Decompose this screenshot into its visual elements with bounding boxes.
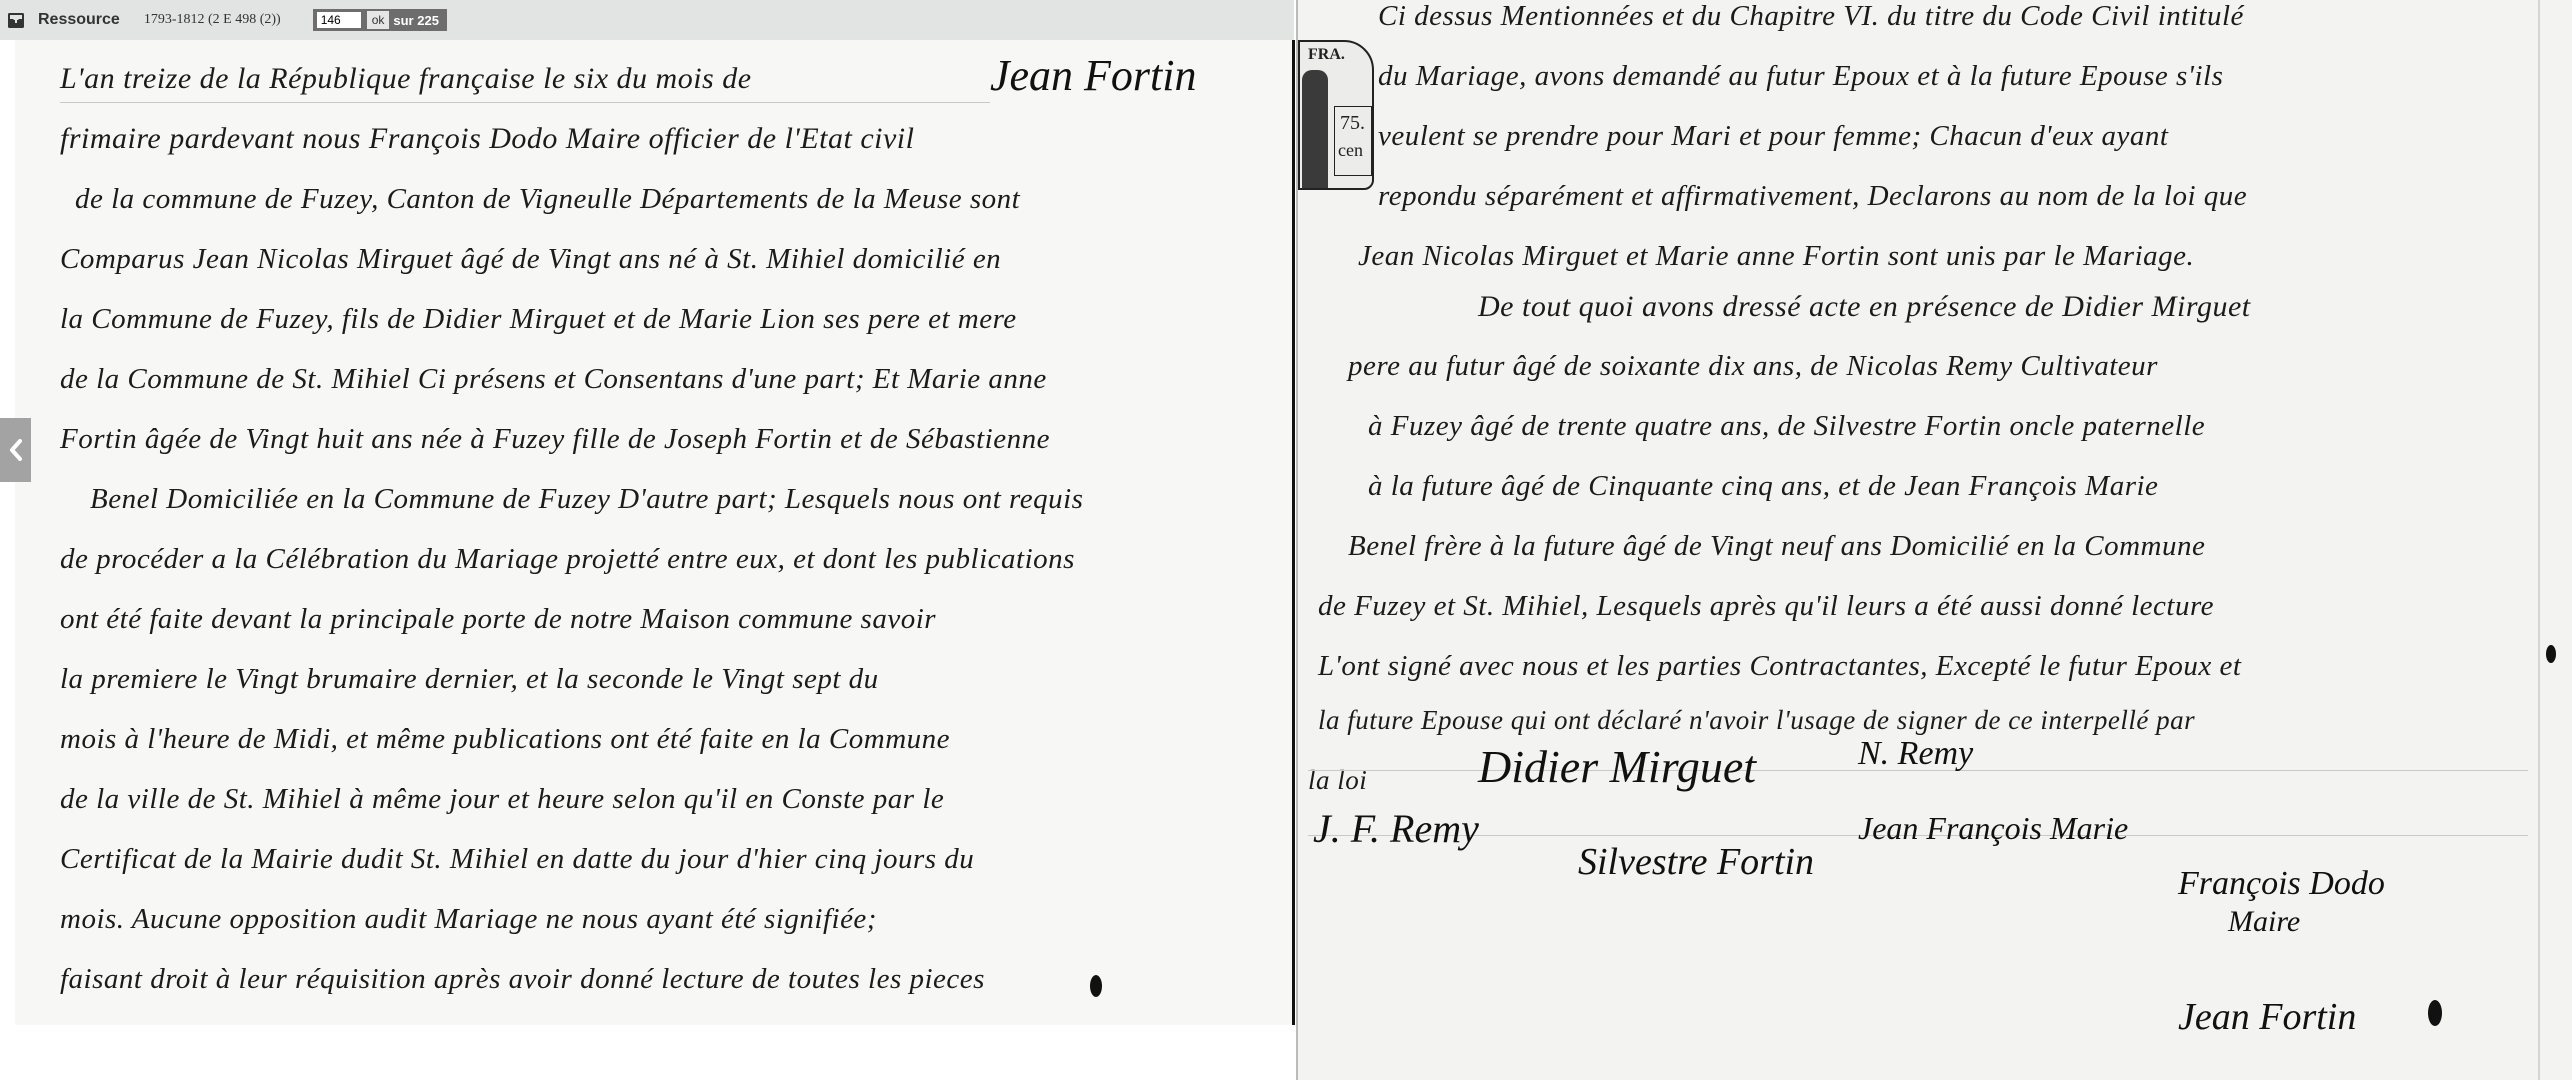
manuscript-line: De tout quoi avons dressé acte en présen… — [1478, 290, 2251, 324]
page-number-input[interactable] — [317, 12, 361, 28]
page-navigator: ok sur 225 — [313, 9, 447, 31]
chevron-left-icon — [9, 439, 23, 461]
manuscript-line: faisant droit à leur réquisition après a… — [60, 963, 985, 996]
margin-signature: Jean Fortin — [990, 50, 1197, 101]
resource-label: Ressource — [38, 11, 120, 29]
signature: Silvestre Fortin — [1578, 840, 1814, 884]
stamp-value: 75. — [1340, 112, 1365, 135]
manuscript-line: Benel Domiciliée en la Commune de Fuzey … — [90, 483, 1083, 516]
manuscript-line: pere au futur âgé de soixante dix ans, d… — [1348, 350, 2158, 383]
manuscript-line: la Commune de Fuzey, fils de Didier Mirg… — [60, 303, 1017, 336]
manuscript-line: du Mariage, avons demandé au futur Epoux… — [1378, 60, 2223, 93]
manuscript-line: repondu séparément et affirmativement, D… — [1378, 180, 2247, 213]
signature: J. F. Remy — [1313, 805, 1479, 852]
signature: Jean François Marie — [1858, 810, 2128, 847]
ink-blot — [1090, 975, 1102, 997]
tax-stamp: FRA. 75. cen — [1298, 40, 1374, 190]
signature: Didier Mirguet — [1478, 740, 1756, 793]
manuscript-line: à la future âgé de Cinquante cinq ans, e… — [1368, 470, 2158, 503]
signature: François Dodo — [2178, 865, 2385, 903]
manuscript-line: Fortin âgée de Vingt huit ans née à Fuze… — [60, 423, 1050, 456]
manuscript-line: frimaire pardevant nous François Dodo Ma… — [60, 122, 914, 156]
stamp-unit: cen — [1338, 140, 1363, 161]
manuscript-line: de la ville de St. Mihiel à même jour et… — [60, 783, 944, 816]
manuscript-line: L'an treize de la République française l… — [60, 62, 752, 96]
manuscript-line: de procéder a la Célébration du Mariage … — [60, 543, 1075, 576]
manuscript-line: mois. Aucune opposition audit Mariage ne… — [60, 903, 877, 936]
previous-page-button[interactable] — [0, 418, 31, 482]
manuscript-line: de Fuzey et St. Mihiel, Lesquels après q… — [1318, 590, 2214, 623]
ink-blot — [2428, 1000, 2442, 1026]
stamp-figure — [1302, 70, 1328, 188]
manuscript-line: Comparus Jean Nicolas Mirguet âgé de Vin… — [60, 243, 1001, 276]
archive-box-icon — [6, 10, 26, 30]
resource-title: 1793-1812 (2 E 498 (2)) — [144, 12, 281, 28]
signature: N. Remy — [1858, 735, 1973, 773]
manuscript-line: mois à l'heure de Midi, et même publicat… — [60, 723, 950, 756]
manuscript-line: la premiere le Vingt brumaire dernier, e… — [60, 663, 879, 696]
manuscript-line: Jean Nicolas Mirguet et Marie anne Forti… — [1358, 240, 2194, 273]
manuscript-line: veulent se prendre pour Mari et pour fem… — [1378, 120, 2168, 153]
manuscript-page-right: FRA. 75. cen Ci dessus Mentionnées et du… — [1296, 0, 2572, 1080]
manuscript-line: Ci dessus Mentionnées et du Chapitre VI.… — [1378, 0, 2244, 33]
manuscript-line: de la Commune de St. Mihiel Ci présens e… — [60, 363, 1047, 396]
manuscript-line: Benel frère à la future âgé de Vingt neu… — [1348, 530, 2205, 563]
manuscript-line: à Fuzey âgé de trente quatre ans, de Sil… — [1368, 410, 2205, 443]
resource-toolbar: Ressource 1793-1812 (2 E 498 (2)) ok sur… — [0, 0, 1294, 40]
ink-blot — [2546, 645, 2556, 663]
manuscript-line: ont été faite devant la principale porte… — [60, 603, 936, 636]
manuscript-line: L'ont signé avec nous et les parties Con… — [1318, 650, 2241, 683]
signature: Jean Fortin — [2178, 995, 2356, 1039]
manuscript-page-left: L'an treize de la République française l… — [15, 40, 1295, 1025]
manuscript-line: de la commune de Fuzey, Canton de Vigneu… — [75, 183, 1020, 216]
manuscript-line: la future Epouse qui ont déclaré n'avoir… — [1318, 705, 2195, 736]
go-to-page-button[interactable]: ok — [367, 11, 390, 29]
page-total: sur 225 — [389, 13, 443, 28]
signature: Maire — [2228, 905, 2300, 939]
stamp-text: FRA. — [1308, 46, 1345, 64]
manuscript-line: Certificat de la Mairie dudit St. Mihiel… — [60, 843, 974, 876]
